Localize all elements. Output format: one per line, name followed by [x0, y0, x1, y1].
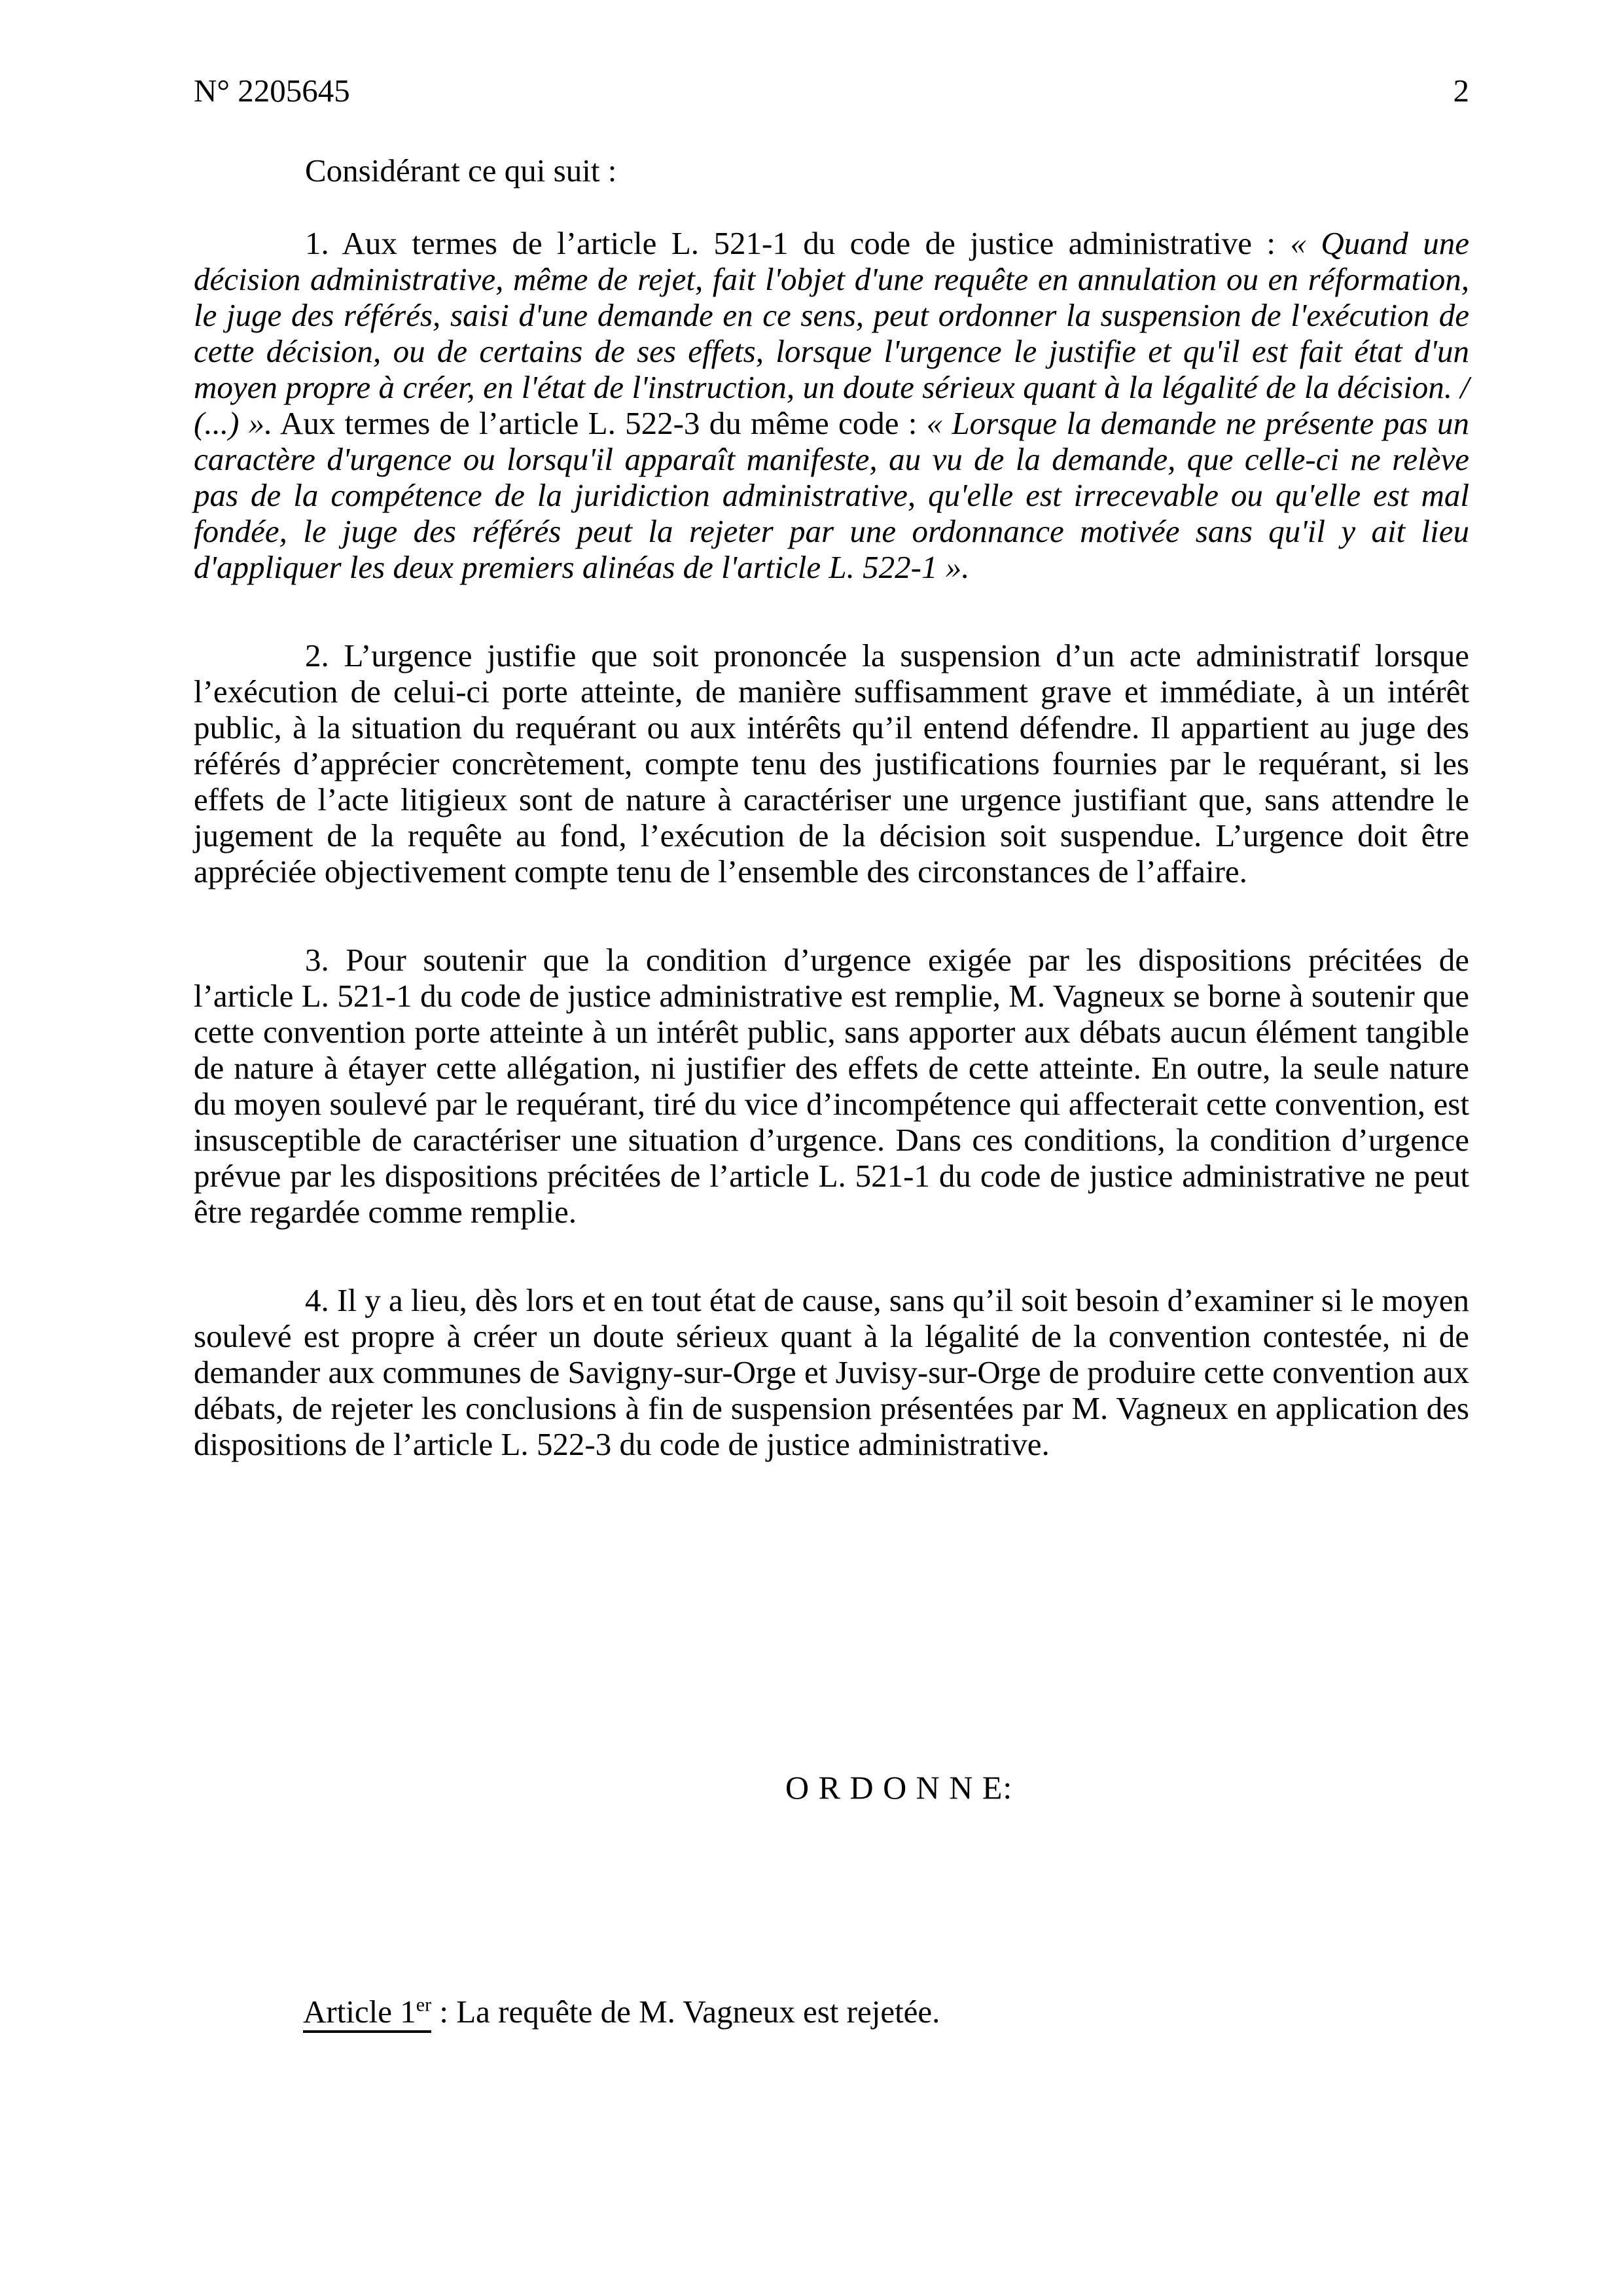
article-1-line: Article 1er : La requête de M. Vagneux e… — [303, 1994, 940, 2033]
document-page: N° 2205645 2 Considérant ce qui suit : 1… — [0, 0, 1623, 2296]
paragraph-1-roman-2: Aux termes de l’article L. 522-3 du même… — [272, 405, 926, 441]
article-1-label: Article 1er — [303, 1994, 431, 2033]
article-1-label-text: Article 1 — [303, 1994, 416, 2030]
article-1-ordinal-suffix: er — [416, 1994, 431, 2016]
document-body: N° 2205645 2 Considérant ce qui suit : 1… — [194, 0, 1469, 1462]
article-1-text: : La requête de M. Vagneux est rejetée. — [431, 1994, 940, 2030]
case-number: N° 2205645 — [194, 73, 350, 109]
paragraph-3: 3. Pour soutenir que la condition d’urge… — [194, 942, 1469, 1230]
ordonne-heading: O R D O N N E: — [785, 1770, 1012, 1806]
paragraph-1: 1. Aux termes de l’article L. 521-1 du c… — [194, 225, 1469, 585]
paragraph-1-roman-1: 1. Aux termes de l’article L. 521-1 du c… — [305, 225, 1290, 261]
page-header: N° 2205645 2 — [194, 73, 1469, 109]
page-number: 2 — [1454, 73, 1470, 109]
considerant-heading: Considérant ce qui suit : — [194, 152, 1469, 188]
paragraph-4: 4. Il y a lieu, dès lors et en tout état… — [194, 1282, 1469, 1462]
paragraph-2: 2. L’urgence justifie que soit prononcée… — [194, 637, 1469, 889]
